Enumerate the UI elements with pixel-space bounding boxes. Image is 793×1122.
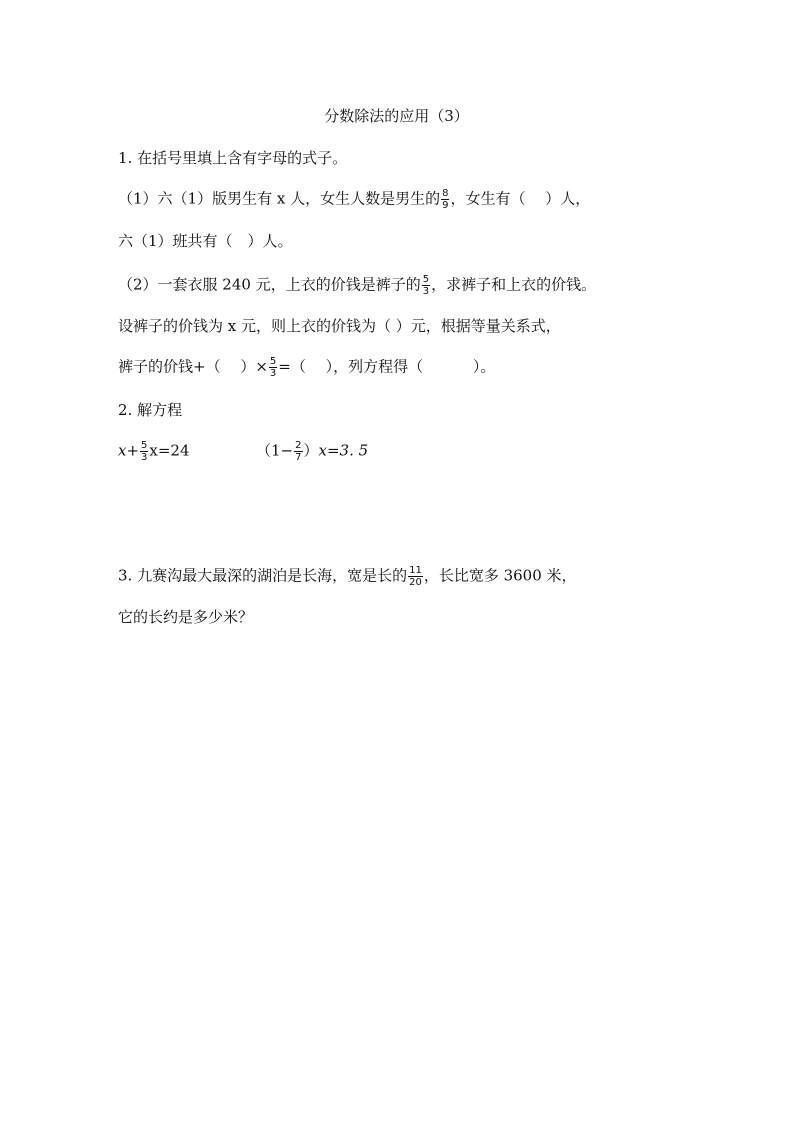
q1-p1-text-a: （1）六（1）版男生有 x 人，女生人数是男生的 <box>118 190 440 208</box>
q1-p2-line3-b: =（ ），列方程得（ ）。 <box>278 358 495 376</box>
fraction-8-9: 89 <box>441 188 449 211</box>
q1-part2-line2: 设裤子的价钱为 x 元，则上衣的价钱为（ ）元，根据等量关系式， <box>118 316 561 336</box>
q1-part2-line1: （2）一套衣服 240 元，上衣的价钱是裤子的53，求裤子和上衣的价钱。 <box>118 274 596 297</box>
q1-heading: 1. 在括号里填上含有字母的式子。 <box>118 148 347 168</box>
q1-p2-text-a: （2）一套衣服 240 元，上衣的价钱是裤子的 <box>118 276 421 294</box>
fraction-5-3: 53 <box>140 440 148 463</box>
q1-p2-text-b: ，求裤子和上衣的价钱。 <box>431 276 596 294</box>
fraction-5-3: 53 <box>422 274 430 297</box>
q2-heading: 2. 解方程 <box>118 400 182 420</box>
fraction-2-7: 27 <box>294 440 302 463</box>
q3-line2: 它的长约是多少米？ <box>118 607 253 627</box>
q2-equation-1: x+53x=24 <box>118 440 190 463</box>
q1-part1-line1: （1）六（1）版男生有 x 人，女生人数是男生的89，女生有（ ）人， <box>118 188 590 211</box>
fraction-11-20: 1120 <box>408 565 423 588</box>
q1-p1-text-b: ，女生有（ ）人， <box>450 190 590 208</box>
q1-part2-line3: 裤子的价钱+（ ）×53=（ ），列方程得（ ）。 <box>118 356 495 379</box>
q1-part1-line2: 六（1）班共有（ ）人。 <box>118 231 293 251</box>
fraction-5-3: 53 <box>269 356 277 379</box>
q3-line1: 3. 九赛沟最大最深的湖泊是长海，宽是长的1120，长比宽多 3600 米， <box>118 565 577 588</box>
q2-equation-2: （1−27）x=3. 5 <box>256 440 368 463</box>
page-title: 分数除法的应用（3） <box>0 106 793 126</box>
q1-p2-line3-a: 裤子的价钱+（ ）× <box>118 358 268 376</box>
